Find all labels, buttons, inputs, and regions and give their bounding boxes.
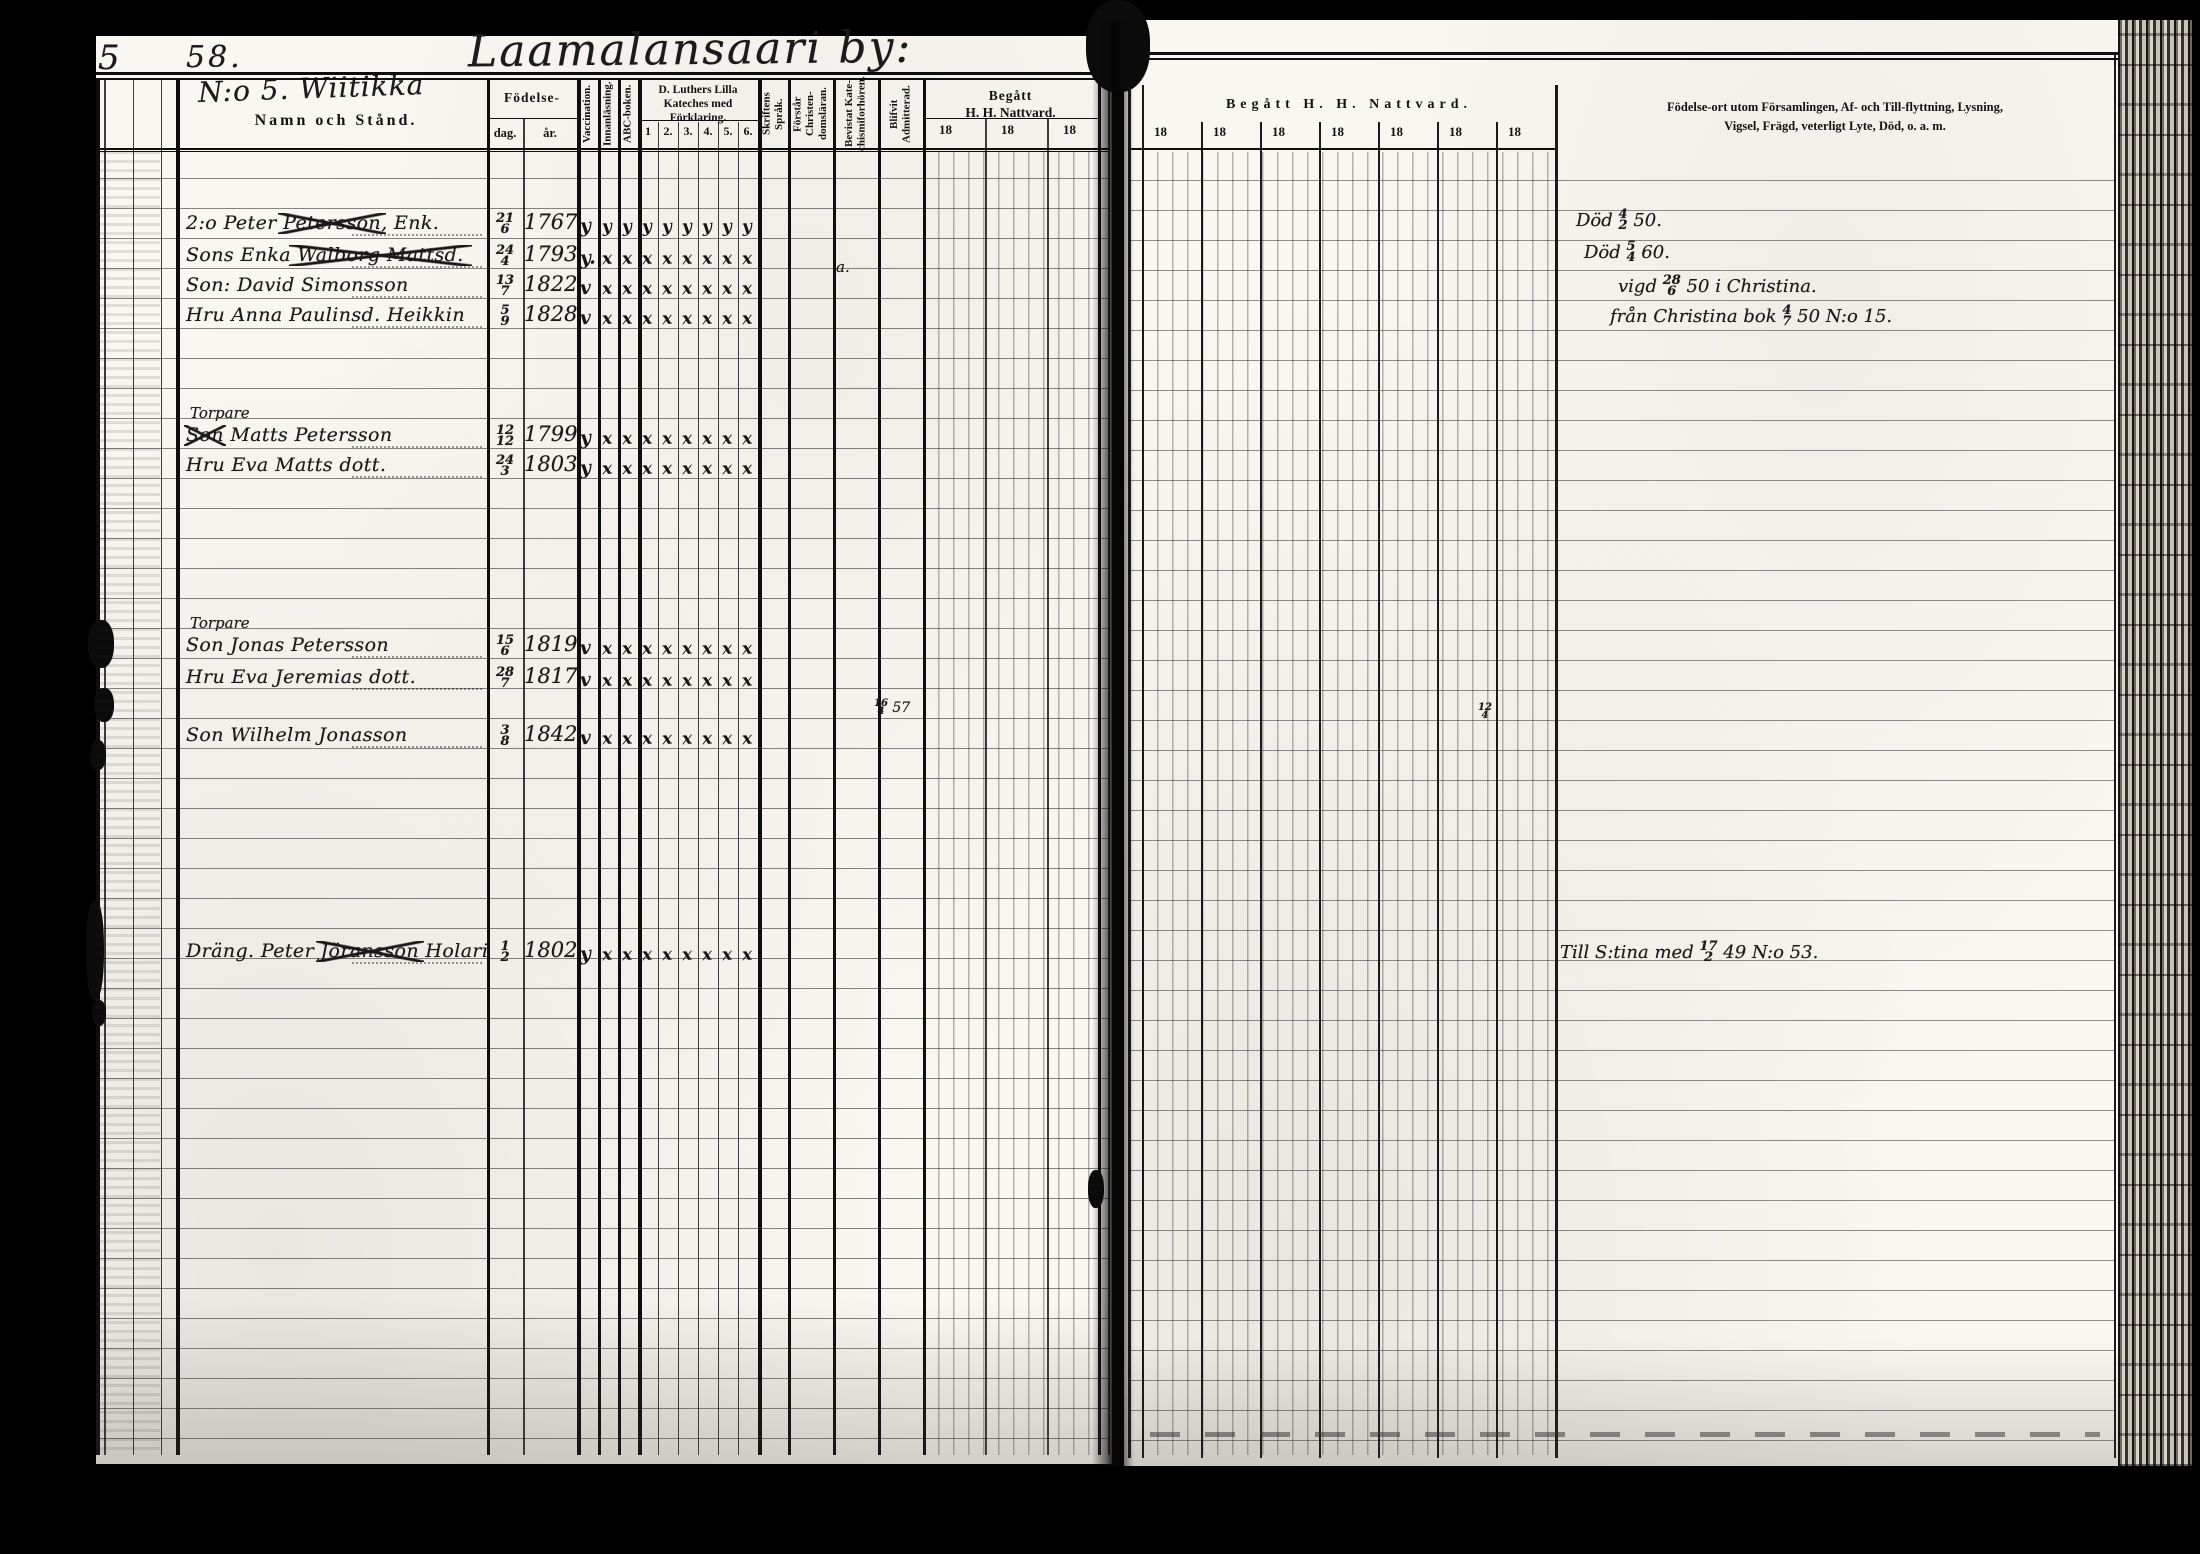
grid-line-horizontal (923, 118, 1098, 119)
birth-year: 1817 (524, 664, 577, 688)
catechism-mark: x (661, 429, 673, 450)
catechism-mark: x (621, 671, 633, 692)
name-text: Hru Eva Matts dott. (186, 454, 386, 476)
catechism-mark: x (641, 729, 653, 750)
dotted-leader (352, 746, 482, 748)
vaccination-mark: y (579, 215, 592, 238)
catechism-mark: x (681, 729, 693, 750)
birth-day: 12 (488, 942, 522, 963)
catechism-mark: y (701, 217, 713, 238)
grid-line-vertical (718, 122, 719, 1455)
catechism-mark: x (721, 459, 733, 480)
remark-note: Död 54 60. (1584, 242, 1670, 264)
catechism-mark: x (661, 671, 673, 692)
grid-line-vertical (176, 80, 180, 1455)
torpare-label: Torpare (190, 614, 250, 632)
catechism-mark: x (741, 671, 753, 692)
date-fraction: 12 (500, 942, 509, 963)
date-fraction: 243 (496, 456, 514, 477)
catechism-mark: x (621, 309, 633, 330)
catechism-mark: x (601, 309, 613, 330)
catechism-mark: x (621, 249, 633, 270)
birth-year: 1802 (524, 938, 577, 962)
dotted-leader (352, 234, 482, 236)
grid-line-vertical (1555, 85, 1558, 1458)
catechism-mark: x (721, 945, 733, 966)
catechism-mark: x (741, 279, 753, 300)
date-fraction: 287 (496, 668, 514, 689)
birth-year: 1822 (524, 272, 577, 296)
name-text: Dräng. Peter Jöransson Holari (186, 940, 488, 962)
dotted-leader (352, 446, 482, 448)
year-column-substripes (923, 152, 1098, 1455)
catechism-mark: x (741, 729, 753, 750)
catechism-mark: x (641, 459, 653, 480)
year-label: 18 (1213, 124, 1226, 140)
vaccination-mark: v (579, 277, 592, 300)
date-fraction: 172 (1699, 942, 1717, 963)
dotted-leader (352, 266, 482, 268)
catechism-mark: x (601, 639, 613, 660)
catechism-mark: x (621, 459, 633, 480)
vaccination-mark: v (579, 637, 592, 660)
remark-note: vigd 286 50 i Christina. (1618, 276, 1817, 298)
catechism-mark: x (661, 639, 673, 660)
col-header-forstar: Förstår Christen­domsläran. (788, 82, 833, 146)
grid-line-vertical (133, 80, 134, 1455)
catechism-mark: x (741, 429, 753, 450)
catechism-mark: y (721, 217, 733, 238)
vaccination-mark: y (579, 943, 592, 966)
birth-day: 287 (488, 668, 522, 689)
scanned-parish-register-spread: 5 58. Laamalansaari by: N:o 5. Wiitikka … (0, 0, 2200, 1554)
catechism-mark: x (681, 249, 693, 270)
catechism-col-label: 1 (638, 124, 658, 139)
year-label: 18 (1063, 122, 1076, 138)
catechism-mark: x (641, 249, 653, 270)
catechism-mark: x (721, 639, 733, 660)
catechism-mark: x (701, 945, 713, 966)
dotted-leader (352, 962, 482, 964)
catechism-mark: x (701, 729, 713, 750)
torpare-label: Torpare (190, 404, 250, 422)
dotted-leader (352, 326, 482, 328)
ink-blob (88, 620, 114, 668)
birth-day: 59 (488, 306, 522, 327)
name-text: 2:o Peter Petersson, Enk. (186, 212, 439, 234)
col-header-namn: Namn och Stånd. (186, 112, 486, 130)
birth-day: 156 (488, 636, 522, 657)
catechism-mark: x (721, 309, 733, 330)
year-label: 18 (1001, 122, 1014, 138)
catechism-mark: x (621, 639, 633, 660)
date-fraction: 156 (496, 636, 514, 657)
ink-blob (86, 900, 104, 1000)
catechism-mark: x (741, 309, 753, 330)
date-fraction: 137 (496, 276, 514, 297)
birth-year: 1828 (524, 302, 577, 326)
grid-line-horizontal (1128, 148, 1556, 150)
vaccination-mark: v (579, 727, 592, 750)
vaccination-mark: y. (579, 246, 596, 269)
catechism-mark: x (601, 279, 613, 300)
col-header-innanlasning: Innanläsning. (598, 82, 618, 146)
catechism-mark: x (681, 459, 693, 480)
col-header-nattvard-right: Begått H. H. Nattvard. (1142, 97, 1556, 113)
birth-year: 1842 (524, 722, 577, 746)
grid-line-vertical (698, 122, 699, 1455)
dotted-leader (352, 296, 482, 298)
catechism-mark: x (641, 671, 653, 692)
grid-line-horizontal (1128, 52, 2118, 55)
birth-year: 1799 (524, 422, 577, 446)
remark-note: från Christina bok 47 50 N:o 15. (1610, 306, 1892, 328)
catechism-mark: x (641, 309, 653, 330)
birth-day: 216 (488, 214, 522, 235)
name-text: Son Wilhelm Jonasson (186, 724, 408, 746)
grid-line-vertical (161, 80, 162, 1455)
grid-line-vertical (788, 80, 791, 1455)
catechism-mark: x (741, 249, 753, 270)
catechism-mark: y (661, 217, 673, 238)
book-fold-gutter (1092, 20, 1134, 1466)
struck-name: Jöransson (321, 940, 419, 962)
catechism-mark: x (601, 729, 613, 750)
catechism-col-label: 2. (658, 124, 678, 139)
col-header-dag: dag. (487, 126, 523, 141)
catechism-mark: x (681, 945, 693, 966)
catechism-mark: x (721, 729, 733, 750)
grid-line-vertical (678, 122, 679, 1455)
grid-line-vertical (738, 122, 739, 1455)
annotation: 164 57 (874, 700, 910, 716)
catechism-col-label: 6. (738, 124, 758, 139)
name-text: Son Jonas Petersson (186, 634, 389, 656)
catechism-col-label: 3. (678, 124, 698, 139)
remark-note: Till S:tina med 172 49 N:o 53. (1560, 942, 1818, 964)
struck-name: Petersson (283, 212, 381, 234)
col-header-fodelse: Födelse- (487, 90, 577, 106)
vaccination-mark: v (579, 669, 592, 692)
page-edge-stack (2118, 20, 2192, 1466)
col-header-skriftens: Skriftens Språk. (758, 82, 788, 146)
col-header-abc-boken: ABC-boken. (618, 82, 638, 146)
dotted-leader (352, 688, 482, 690)
birth-day: 243 (488, 456, 522, 477)
catechism-mark: x (741, 639, 753, 660)
grid-line-vertical (878, 80, 881, 1455)
catechism-mark: x (661, 729, 673, 750)
catechism-mark: x (721, 279, 733, 300)
birth-day: 1212 (488, 426, 522, 447)
catechism-mark: x (661, 249, 673, 270)
catechism-mark: x (681, 309, 693, 330)
grid-line-horizontal (96, 72, 1108, 75)
birth-year: 1793 (524, 242, 577, 266)
catechism-mark: x (601, 459, 613, 480)
year-column-substripes (1142, 152, 1555, 1455)
date-fraction: 286 (1663, 276, 1681, 297)
date-fraction: 38 (500, 726, 509, 747)
date-fraction: 124 (1478, 704, 1492, 720)
year-label: 18 (939, 122, 952, 138)
catechism-mark: x (701, 459, 713, 480)
catechism-mark: x (661, 459, 673, 480)
ink-blob (90, 740, 106, 770)
col-header-remarks-line2: Vigsel, Frägd, veterligt Lyte, Död, o. a… (1556, 119, 2114, 134)
grid-line-horizontal (487, 118, 577, 119)
date-fraction: 59 (500, 306, 509, 327)
year-label: 18 (1390, 124, 1403, 140)
catechism-mark: x (741, 945, 753, 966)
name-text: Son Matts Petersson (186, 424, 393, 446)
catechism-mark: y (601, 217, 613, 238)
dotted-leader (352, 476, 482, 478)
dotted-leader (352, 656, 482, 658)
catechism-mark: x (701, 671, 713, 692)
col-header-ar: år. (523, 126, 577, 141)
date-fraction: 216 (496, 214, 514, 235)
grid-line-vertical (758, 80, 762, 1455)
catechism-mark: x (661, 945, 673, 966)
catechism-mark: x (661, 279, 673, 300)
struck-name: Son (186, 424, 224, 446)
catechism-mark: x (641, 429, 653, 450)
catechism-mark: x (601, 671, 613, 692)
catechism-mark: x (681, 279, 693, 300)
year-label: 18 (1154, 124, 1167, 140)
catechism-mark: x (641, 639, 653, 660)
catechism-mark: x (601, 429, 613, 450)
name-text: Hru Anna Paulinsd. Heikkin (186, 304, 465, 326)
catechism-col-label: 4. (698, 124, 718, 139)
catechism-mark: x (681, 639, 693, 660)
year-label: 18 (1272, 124, 1285, 140)
date-fraction: 47 (1782, 306, 1791, 327)
catechism-mark: x (701, 309, 713, 330)
birth-year: 1803 (524, 452, 577, 476)
ink-blob (94, 688, 114, 722)
date-fraction: 1212 (496, 426, 514, 447)
catechism-mark: x (721, 671, 733, 692)
birth-year: 1819 (524, 632, 577, 656)
vaccination-mark: y (579, 457, 592, 480)
birth-day: 137 (488, 276, 522, 297)
catechism-mark: x (681, 429, 693, 450)
catechism-mark: x (621, 429, 633, 450)
year-label: 18 (1449, 124, 1462, 140)
catechism-mark: x (641, 945, 653, 966)
catechism-mark: x (741, 459, 753, 480)
catechism-mark: x (661, 309, 673, 330)
grid-line-horizontal (96, 78, 1108, 80)
catechism-mark: x (601, 945, 613, 966)
col-header-nattvard-left: Begått (923, 88, 1098, 104)
grid-line-vertical (104, 80, 106, 1455)
grid-line-vertical (618, 80, 621, 1455)
grid-line-vertical (658, 122, 659, 1455)
birth-day: 244 (488, 246, 522, 267)
catechism-mark: x (641, 279, 653, 300)
year-label: 18 (1331, 124, 1344, 140)
catechism-mark: x (601, 249, 613, 270)
catechism-mark: x (701, 429, 713, 450)
catechism-mark: y (641, 217, 653, 238)
struck-name: Walborg Mattsd. (297, 244, 463, 266)
date-fraction: 164 (874, 700, 888, 716)
catechism-mark: x (681, 671, 693, 692)
birth-year: 1767 (524, 210, 577, 234)
catechism-mark: y (621, 217, 633, 238)
name-text: Son: David Simonsson (186, 274, 409, 296)
grid-line-horizontal (1128, 58, 2118, 60)
vaccination-mark: v (579, 307, 592, 330)
remark-note: Död 42 50. (1576, 210, 1662, 232)
col-header-bevistat: Bevistat Kate­chismiforhören. (833, 82, 878, 146)
annotation: 124 (1478, 704, 1492, 720)
page-number: 58. (186, 40, 243, 75)
grid-line-horizontal (638, 120, 758, 121)
catechism-mark: x (721, 249, 733, 270)
catechism-mark: x (621, 729, 633, 750)
year-label: 18 (1508, 124, 1521, 140)
name-text: Hru Eva Jeremias dott. (186, 666, 416, 688)
col-header-remarks-line1: Födelse-ort utom Församlingen, Af- och T… (1556, 100, 2114, 115)
name-text: Sons Enka Walborg Mattsd. (186, 244, 464, 266)
grid-line-horizontal (96, 148, 1108, 150)
catechism-mark: x (701, 279, 713, 300)
catechism-mark: y (741, 217, 753, 238)
date-fraction: 54 (1627, 242, 1636, 263)
col-header-blifvit: Blifvit Admit­terad. (878, 82, 923, 146)
catechism-mark: x (621, 279, 633, 300)
date-fraction: 244 (496, 246, 514, 267)
vaccination-mark: y (579, 427, 592, 450)
grid-line-vertical (2114, 52, 2116, 1458)
birth-day: 38 (488, 726, 522, 747)
ink-blob (92, 1000, 106, 1026)
catechism-mark: x (621, 945, 633, 966)
catechism-mark: x (701, 249, 713, 270)
catechism-mark: y (681, 217, 693, 238)
date-fraction: 42 (1619, 210, 1628, 231)
catechism-mark: x (721, 429, 733, 450)
grid-line-vertical (598, 80, 601, 1455)
catechism-col-label: 5. (718, 124, 738, 139)
grid-line-vertical (833, 80, 836, 1455)
village-title: Laamalansaari by: (468, 22, 913, 78)
annotation: a. (836, 258, 850, 276)
catechism-mark: x (701, 639, 713, 660)
